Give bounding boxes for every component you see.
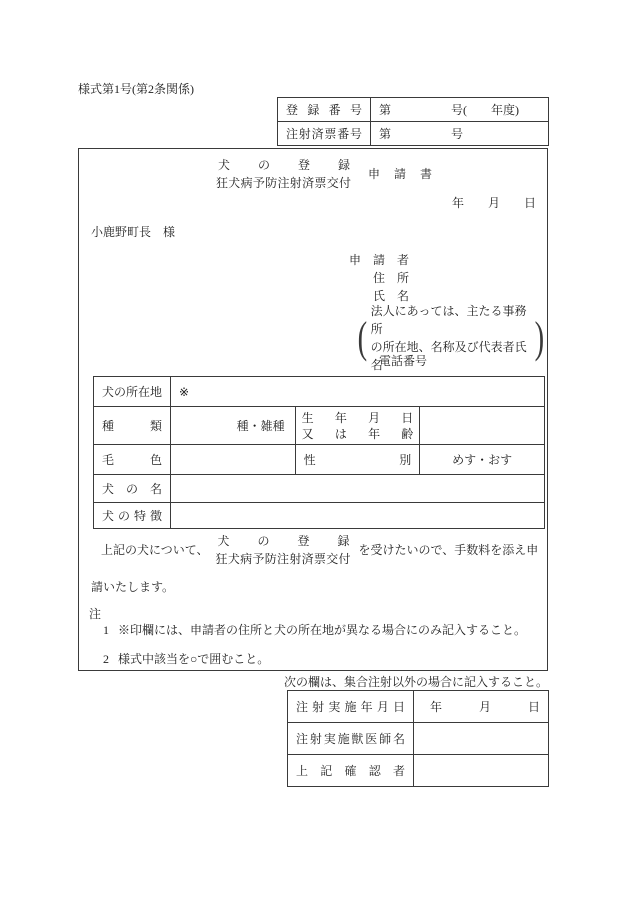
main-form-box: 犬の登録 狂犬病予防注射済票交付 申 請 書 年 月 日 小鹿野町長 様 申 請… <box>78 148 548 671</box>
table-row: 上記確認者 <box>288 755 549 787</box>
note-text: ※印欄には、申請者の住所と犬の所在地が異なる場合にのみ記入すること。 <box>118 621 526 639</box>
sex-label: 性別 <box>295 445 420 475</box>
statement-stack-line2: 狂犬病予防注射済票交付 <box>216 550 352 568</box>
form-title: 犬の登録 狂犬病予防注射済票交付 申 請 書 <box>216 156 433 192</box>
table-row: 注射実施年月日 年 月 日 <box>288 691 549 723</box>
title-line2: 狂犬病予防注射済票交付 <box>216 174 352 192</box>
injection-date-label: 注射実施年月日 <box>288 691 414 723</box>
table-row: 注射実施獣医師名 <box>288 723 549 755</box>
dob-label: 生年月日 又は年齢 <box>295 407 420 445</box>
breed-value: 種・雑種 <box>171 407 296 445</box>
dob-value <box>420 407 545 445</box>
statement-line2: 請いたします。 <box>91 578 174 596</box>
note-number: 2 <box>103 650 109 668</box>
injection-tag-number-label: 注射済票番号 <box>278 122 371 146</box>
table-row: 登録番号 第 号( 年度) <box>278 98 549 122</box>
addressee-label: 小鹿野町長 様 <box>91 223 175 241</box>
phone-number-label: 電話番号 <box>379 352 427 370</box>
dog-features-label: 犬の特徴 <box>94 503 171 529</box>
confirmer-value <box>414 755 549 787</box>
table-row: 犬の名 <box>94 475 545 503</box>
note-text: 様式中該当を○で囲むこと。 <box>118 650 269 668</box>
dog-location-label: 犬の所在地 <box>94 377 171 407</box>
dog-info-table: 犬の所在地 ※ 種類 種・雑種 生年月日 又は年齢 毛色 性別 めす・おす 犬の… <box>93 376 545 529</box>
registration-number-table: 登録番号 第 号( 年度) 注射済票番号 第 号 <box>277 97 549 146</box>
statement-stack: 犬の登録 狂犬病予防注射済票交付 <box>216 532 352 568</box>
veterinarian-name-value <box>414 723 549 755</box>
dob-label-line1: 生年月日 <box>302 410 414 426</box>
injection-section-instruction: 次の欄は、集合注射以外の場合に記入すること。 <box>284 673 548 691</box>
statement-stack-line1: 犬の登録 <box>216 532 352 550</box>
applicant-address-label: 住 所 <box>373 269 409 287</box>
table-row: 犬の所在地 ※ <box>94 377 545 407</box>
application-form-page: 様式第1号(第2条関係) 登録番号 第 号( 年度) 注射済票番号 第 号 犬の… <box>0 0 630 903</box>
notes-header: 注 <box>89 605 101 623</box>
application-statement: 上記の犬について、 犬の登録 狂犬病予防注射済票交付 を受けたいので、手数料を添… <box>101 532 538 568</box>
application-date-line: 年 月 日 <box>452 194 536 212</box>
injection-record-table: 注射実施年月日 年 月 日 注射実施獣医師名 上記確認者 <box>287 690 549 787</box>
injection-date-value: 年 月 日 <box>414 691 549 723</box>
title-suffix: 申 請 書 <box>368 165 433 183</box>
registration-number-value: 第 号( 年度) <box>371 98 549 122</box>
form-number-label: 様式第1号(第2条関係) <box>78 80 194 98</box>
dog-name-value <box>171 475 545 503</box>
table-row: 注射済票番号 第 号 <box>278 122 549 146</box>
veterinarian-name-label: 注射実施獣医師名 <box>288 723 414 755</box>
sex-value: めす・おす <box>420 445 545 475</box>
dog-name-label: 犬の名 <box>94 475 171 503</box>
table-row: 犬の特徴 <box>94 503 545 529</box>
table-row: 毛色 性別 めす・おす <box>94 445 545 475</box>
corporate-note-line1: 法人にあっては、主たる事務所 <box>371 302 532 338</box>
dog-location-value: ※ <box>171 377 545 407</box>
registration-number-label: 登録番号 <box>278 98 371 122</box>
title-line1: 犬の登録 <box>216 156 352 174</box>
statement-suffix: を受けたいので、手数料を添え申 <box>359 541 539 559</box>
dob-label-line2: 又は年齢 <box>302 426 414 442</box>
breed-label: 種類 <box>94 407 171 445</box>
confirmer-label: 上記確認者 <box>288 755 414 787</box>
coat-color-label: 毛色 <box>94 445 171 475</box>
injection-tag-number-value: 第 号 <box>371 122 549 146</box>
applicant-label: 申 請 者 <box>349 251 409 269</box>
note-item-1: 1 ※印欄には、申請者の住所と犬の所在地が異なる場合にのみ記入すること。 <box>103 621 526 639</box>
note-number: 1 <box>103 621 109 639</box>
statement-prefix: 上記の犬について、 <box>101 541 209 559</box>
title-stack: 犬の登録 狂犬病予防注射済票交付 <box>216 156 352 192</box>
dog-features-value <box>171 503 545 529</box>
note-item-2: 2 様式中該当を○で囲むこと。 <box>103 650 269 668</box>
table-row: 種類 種・雑種 生年月日 又は年齢 <box>94 407 545 445</box>
coat-color-value <box>171 445 296 475</box>
close-paren: ) <box>535 316 545 360</box>
open-paren: ( <box>358 316 368 360</box>
